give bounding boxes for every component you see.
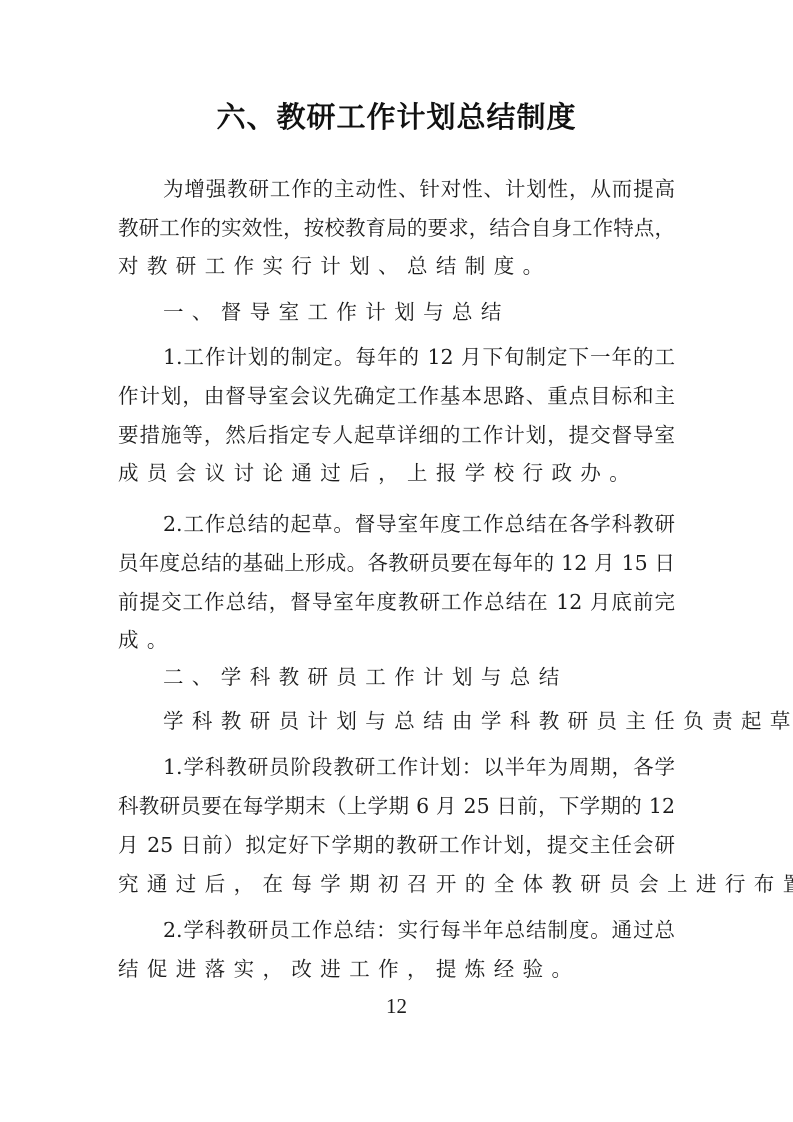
document-page: 六、教研工作计划总结制度 为增强教研工作的主动性、针对性、计划性，从而提高 教研… bbox=[0, 0, 793, 1122]
text-line: 1.学科教研员阶段教研工作计划：以半年为周期，各学 bbox=[163, 753, 675, 781]
page-title: 六、教研工作计划总结制度 bbox=[0, 97, 793, 137]
section-2-intro: 学科教研员计划与总结由学科教研员主任负责起草。 bbox=[163, 707, 723, 735]
text-line: 对教研工作实行计划、总结制度。 bbox=[118, 252, 678, 280]
text-line: 前提交工作总结，督导室年度教研工作总结在 12 月底前完 bbox=[118, 588, 675, 616]
text-line: 2.学科教研员工作总结：实行每半年总结制度。通过总 bbox=[163, 916, 675, 944]
text-line: 要措施等，然后指定专人起草详细的工作计划，提交督导室 bbox=[118, 421, 675, 449]
text-line: 1.工作计划的制定。每年的 12 月下旬制定下一年的工 bbox=[163, 343, 675, 371]
text-line: 成员会议讨论通过后，上报学校行政办。 bbox=[118, 459, 678, 487]
text-line: 科教研员要在每学期末（上学期 6 月 25 日前，下学期的 12 bbox=[118, 792, 675, 820]
text-line: 究通过后，在每学期初召开的全体教研员会上进行布置。 bbox=[118, 870, 678, 898]
text-line: 为增强教研工作的主动性、针对性、计划性，从而提高 bbox=[163, 175, 675, 203]
text-line: 结促进落实，改进工作，提炼经验。 bbox=[118, 955, 678, 983]
text-line: 成。 bbox=[118, 626, 678, 654]
text-line: 作计划，由督导室会议先确定工作基本思路、重点目标和主 bbox=[118, 382, 675, 410]
text-line: 员年度总结的基础上形成。各教研员要在每年的 12 月 15 日 bbox=[118, 549, 675, 577]
page-number: 12 bbox=[0, 993, 793, 1019]
text-line: 教研工作的实效性，按校教育局的要求，结合自身工作特点， bbox=[118, 214, 675, 242]
text-line: 月 25 日前）拟定好下学期的教研工作计划，提交主任会研 bbox=[118, 831, 675, 859]
text-line: 2.工作总结的起草。督导室年度工作总结在各学科教研 bbox=[163, 510, 675, 538]
section-heading-1: 一、督导室工作计划与总结 bbox=[163, 298, 723, 326]
section-heading-2: 二、学科教研员工作计划与总结 bbox=[163, 663, 723, 691]
